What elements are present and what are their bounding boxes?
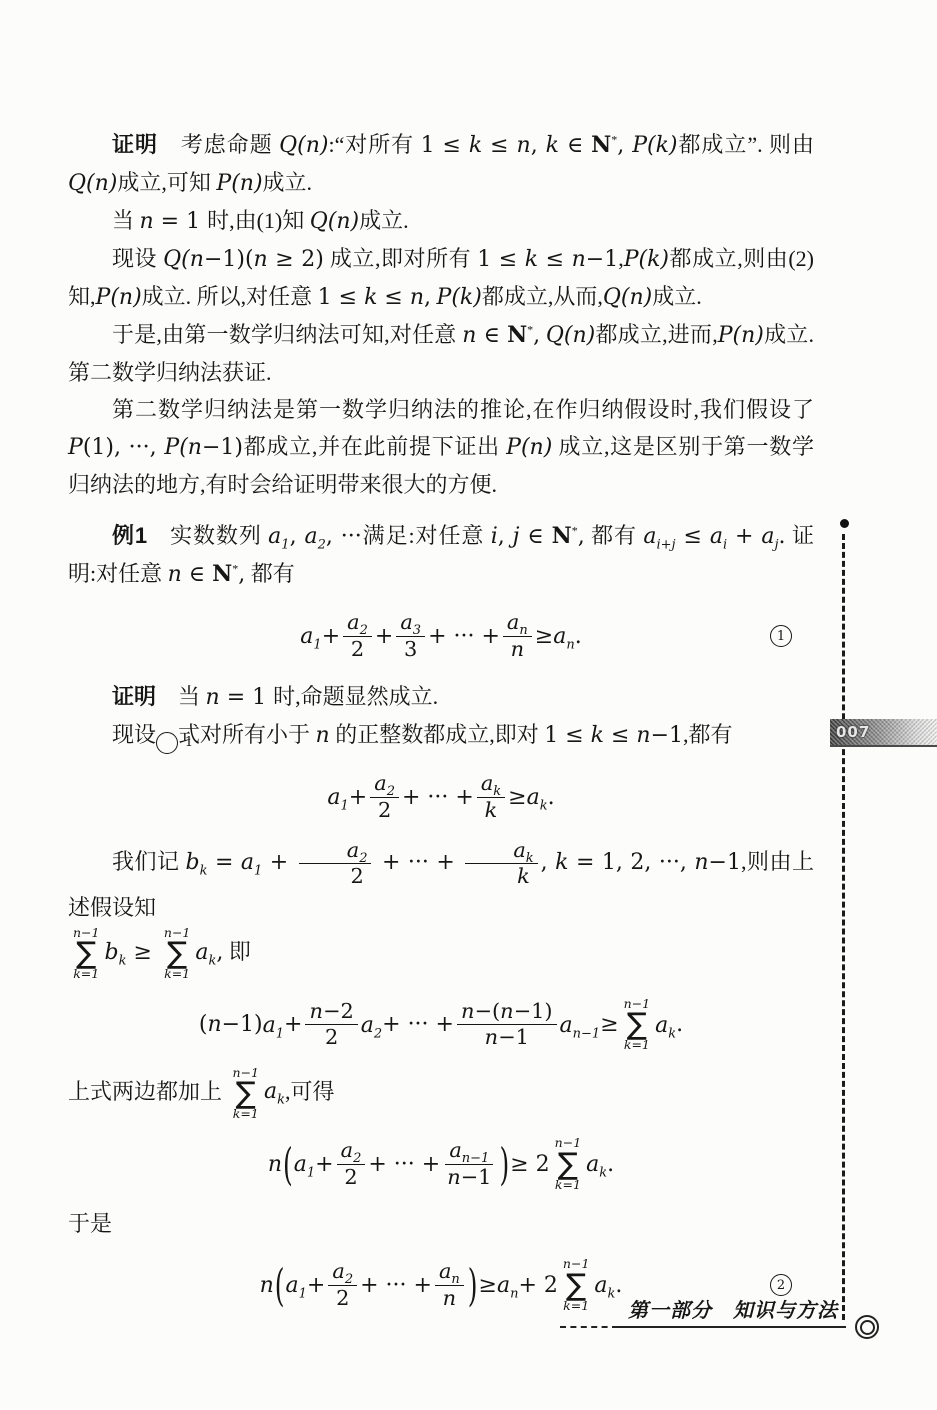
fraction-numerator: ak	[477, 772, 505, 797]
text-run: k	[546, 133, 559, 158]
text-run: 1 ≤	[544, 723, 590, 748]
fraction-denominator: 2	[302, 864, 367, 888]
text-run: P(n)	[506, 435, 552, 460]
fraction-numerator: a2	[337, 1139, 366, 1164]
subscripted-variable: ak	[655, 1012, 676, 1038]
text-run: + ··· +	[368, 1152, 440, 1177]
sum-lower-limit: k=1	[555, 1178, 581, 1192]
text-run: ≤	[676, 524, 710, 549]
fraction-numerator: a2	[328, 1260, 357, 1285]
text-run: 都成立,进而,	[595, 322, 717, 347]
page-number-block: 007	[830, 719, 937, 747]
margin-dashed-line	[842, 534, 845, 1320]
footer-leader-line	[560, 1298, 618, 1328]
text-run: =	[207, 850, 240, 875]
subscripted-variable: a2	[341, 1138, 362, 1162]
text-run: n	[636, 723, 650, 748]
summation: n−1∑k=1	[164, 926, 190, 982]
paragraph: 于是,由第一数学归纳法可知,对任意 n ∈ N*, Q(n)都成立,进而,P(n…	[68, 316, 814, 391]
subscripted-variable: a2	[374, 771, 395, 795]
text-run: ,	[531, 133, 546, 158]
subscripted-variable: aj	[761, 523, 778, 548]
text-run: 上式两边都加上	[68, 1078, 228, 1103]
text-run: k	[485, 798, 498, 822]
sum-lower-limit: k=1	[164, 967, 190, 981]
text-run: ≤	[538, 247, 572, 272]
text-run: + ··· +	[382, 1012, 454, 1037]
text-run: P(n)	[718, 323, 764, 348]
sum-lower-limit: k=1	[624, 1038, 650, 1052]
subscripted-variable: ai	[710, 523, 727, 548]
text-run: ≥ 2	[510, 1152, 549, 1177]
text-run: P(n	[164, 435, 202, 460]
text-run: 我们记	[112, 849, 186, 874]
scanned-book-page: 证明 考虑命题 Q(n):“对所有 1 ≤ k ≤ n, k ∈ N*, P(k…	[0, 0, 937, 1410]
text-run: 当	[156, 684, 206, 709]
text-run: −1	[461, 1165, 492, 1189]
text-run: + ··· +	[374, 850, 462, 875]
subscripted-variable: bk	[186, 849, 208, 874]
fraction-denominator: k	[469, 864, 534, 888]
fraction-denominator: 2	[374, 798, 395, 822]
subscripted-variable: ak	[195, 939, 216, 964]
text-run: ∈	[519, 524, 551, 549]
sigma-symbol: ∑	[76, 940, 96, 967]
text-run: + ··· +	[360, 1273, 432, 1298]
text-run: +	[727, 524, 761, 549]
text-run: 成立.	[652, 284, 702, 309]
text-run: P(k)	[437, 285, 482, 310]
text-run: k	[555, 850, 568, 875]
big-parenthesis: )	[468, 1260, 478, 1311]
text-run: −1	[586, 247, 618, 272]
text-run: = 1, 2, ···,	[569, 850, 695, 875]
subscripted-variable: a1	[241, 849, 262, 874]
formula-body: (n−1)a1 + n−22a2 + ··· + n−(n−1)n−1an−1 …	[199, 997, 683, 1053]
text-run: 成立. 所以,对任意	[142, 284, 318, 309]
fraction-numerator: a2	[299, 839, 372, 864]
equation-number: 1	[770, 625, 792, 647]
text-run: +	[307, 1273, 325, 1298]
text-run: Q(n)	[68, 171, 117, 196]
formula-body: n(a1 + a22 + ··· + an−1n−1) ≥ 2 n−1∑k=1a…	[268, 1136, 614, 1192]
fraction: ann	[503, 611, 532, 661]
big-parenthesis: (	[283, 1139, 293, 1190]
text-run: + ··· +	[402, 785, 474, 810]
page-content: 证明 考虑命题 Q(n):“对所有 1 ≤ k ≤ n, k ∈ N*, P(k…	[68, 126, 814, 1326]
text-run: 3	[404, 637, 417, 661]
sum-lower-limit: k=1	[73, 967, 99, 981]
text-run: + ··· +	[428, 624, 500, 649]
text-run: ,	[578, 524, 585, 549]
subscripted-variable: a2	[347, 610, 368, 634]
formula-body: a1 + a22 + a33 + ··· + ann ≥ an.	[300, 611, 581, 661]
text-run: −1)(	[204, 247, 254, 272]
subscripted-variable: ak	[481, 771, 501, 795]
subscripted-variable: an	[439, 1259, 460, 1283]
text-run: ≤	[377, 285, 409, 310]
text-run: P(n)	[96, 285, 142, 310]
text-run: k	[469, 133, 482, 158]
text-run: 考虑命题	[158, 132, 279, 157]
paragraph: 第二数学归纳法是第一数学归纳法的推论,在作归纳假设时,我们假设了 P(1), ·…	[68, 391, 814, 503]
text-run: ,可得	[285, 1078, 335, 1103]
subscripted-variable: a2	[304, 523, 325, 548]
text-run: 1 ≤	[318, 285, 364, 310]
text-run: −1	[498, 1025, 529, 1049]
text-run: ,	[290, 524, 305, 549]
paragraph: 上式两边都加上 n−1∑k=1ak,可得	[68, 1066, 814, 1122]
text-run: 满足:对任意	[362, 523, 491, 548]
fraction: n−(n−1)n−1	[457, 1000, 557, 1050]
text-run: +	[284, 1012, 302, 1037]
text-run: Q(n)	[546, 323, 595, 348]
text-run: −1	[651, 723, 683, 748]
summation: n−1∑k=1	[555, 1136, 581, 1192]
text-run: +	[315, 1152, 333, 1177]
subscripted-variable: an	[497, 1272, 519, 1298]
fraction-numerator: a2	[370, 772, 399, 797]
fraction-denominator: 2	[332, 1286, 353, 1310]
text-run: i	[491, 524, 498, 549]
text-run: ,	[498, 524, 513, 549]
subscripted-variable: a2	[332, 1259, 353, 1283]
fraction-numerator: an−1	[445, 1139, 493, 1164]
natural-numbers-symbol: N*	[552, 523, 578, 548]
summation: n−1∑k=1	[73, 926, 99, 982]
text-run: Q(n)	[310, 209, 359, 234]
text-run: +	[375, 624, 393, 649]
text-run: .	[548, 785, 555, 810]
paragraph: 证明 考虑命题 Q(n):“对所有 1 ≤ k ≤ n, k ∈ N*, P(k…	[68, 126, 814, 202]
text-run: 第二数学归纳法是第一数学归纳法的推论,在作归纳假设时,我们假设了	[112, 397, 814, 422]
text-run: 2	[344, 1165, 357, 1189]
fraction-denominator: k	[481, 798, 502, 822]
subscripted-variable: a3	[400, 610, 421, 634]
text-run: ,都有	[683, 722, 733, 747]
text-run: −(	[474, 999, 500, 1023]
text-run: 都有	[245, 561, 295, 586]
footer-title: 第一部分 知识与方法	[618, 1294, 846, 1328]
text-run: 2	[336, 1286, 349, 1310]
text-run: ∈	[559, 133, 591, 158]
natural-numbers-symbol: N*	[212, 561, 238, 586]
text-run: = 1	[220, 685, 273, 710]
fraction: a22	[337, 1139, 366, 1189]
text-run: 时,命题显然成立.	[273, 684, 438, 709]
page-number: 007	[830, 723, 870, 741]
fraction: a22	[343, 611, 372, 661]
sigma-symbol: ∑	[627, 1011, 647, 1038]
text-run: Q(n)	[279, 133, 328, 158]
fraction-numerator: an	[435, 1260, 464, 1285]
subscripted-variable: ak	[264, 1078, 285, 1103]
text-run: 时,由(1)知	[207, 208, 310, 233]
fraction-denominator: 3	[400, 637, 421, 661]
fraction-denominator: n	[507, 637, 528, 661]
fraction: n−22	[305, 1000, 357, 1050]
subscripted-variable: bk	[104, 939, 126, 964]
fraction: a22	[328, 1260, 357, 1310]
paragraph: 于是	[68, 1205, 814, 1242]
fraction-numerator: an	[503, 611, 532, 636]
text-run: ≥	[600, 1012, 618, 1037]
fraction-denominator: n	[439, 1286, 460, 1310]
formula-body: a1 + a22 + ··· + akk ≥ ak.	[327, 772, 554, 822]
circled-number: 1	[156, 732, 178, 754]
fraction-numerator: n−(n−1)	[457, 1000, 557, 1025]
text-run: n	[443, 1286, 456, 1310]
text-run: 成立.	[263, 170, 313, 195]
big-parenthesis: (	[275, 1260, 285, 1311]
paragraph: n−1∑k=1bk ≥ n−1∑k=1ak, 即	[68, 926, 814, 982]
footer-ornament-inner-circle	[860, 1320, 875, 1335]
subscripted-variable: an	[507, 610, 528, 634]
text-run: (1), ···,	[83, 435, 165, 460]
text-run: n	[168, 562, 182, 587]
fraction: a22	[299, 839, 372, 889]
fraction-denominator: n−1	[481, 1025, 533, 1049]
text-run: 都成立”. 则由	[678, 132, 814, 157]
text-run: n	[206, 685, 220, 710]
text-run: 成立,可知	[117, 170, 216, 195]
text-run: .	[676, 1012, 683, 1037]
footer-ornament-circle	[855, 1315, 879, 1339]
text-run: ≥	[535, 624, 553, 649]
text-run: k	[364, 285, 377, 310]
text-run: 当	[112, 208, 140, 233]
fraction-numerator: a3	[396, 611, 425, 636]
text-run: n	[140, 209, 154, 234]
text-run: ∈	[182, 562, 212, 587]
page-footer: 第一部分 知识与方法	[560, 1294, 879, 1328]
subscripted-variable: a1	[327, 784, 348, 810]
text-run: .	[779, 524, 786, 549]
summation: n−1∑k=1	[233, 1066, 259, 1122]
text-run: n	[485, 1025, 498, 1049]
text-run: ≥	[126, 940, 158, 965]
text-run: = 1	[154, 209, 207, 234]
fraction-numerator: a2	[343, 611, 372, 636]
text-run: n	[511, 637, 524, 661]
text-run: (	[199, 1012, 208, 1037]
text-run: 的正整数都成立,即对	[330, 722, 545, 747]
paragraph: 现设1式对所有小于 n 的正整数都成立,即对 1 ≤ k ≤ n−1,都有	[68, 716, 814, 754]
text-run: 现设	[112, 246, 163, 271]
summation: n−1∑k=1	[624, 997, 650, 1053]
paragraph: 证明 当 n = 1 时,命题显然成立.	[68, 678, 814, 716]
text-run: 2	[350, 864, 363, 888]
subscripted-variable: an−1	[560, 1012, 601, 1038]
text-run: 于是	[68, 1211, 112, 1236]
bold-label: 证明	[112, 684, 156, 709]
paragraph: 例1 实数数列 a1, a2, ···满足:对任意 i, j ∈ N*, 都有 …	[68, 517, 814, 593]
subscripted-variable: ak	[513, 838, 533, 862]
subscripted-variable: ak	[527, 784, 548, 810]
text-run: ,	[617, 133, 632, 158]
text-run: n	[207, 1012, 221, 1037]
text-run: n	[694, 850, 708, 875]
subscripted-variable: an	[553, 623, 575, 649]
text-run: −1)	[202, 435, 243, 460]
text-run: :“对所有	[328, 132, 420, 157]
text-run: Q(n	[163, 247, 204, 272]
text-run: 于是,由第一数学归纳法可知,对任意	[112, 322, 462, 347]
fraction: akk	[477, 772, 505, 822]
text-run: k	[525, 247, 538, 272]
text-run: −1)	[222, 1012, 263, 1037]
text-run: −2	[323, 999, 354, 1023]
text-run: ≥ 2)	[268, 247, 324, 272]
subscripted-variable: a1	[286, 1272, 307, 1298]
sum-lower-limit: k=1	[233, 1107, 259, 1121]
subscripted-variable: ai+j	[643, 523, 675, 548]
fraction-denominator: n−1	[443, 1165, 495, 1189]
text-run: n	[410, 285, 424, 310]
paragraph: 我们记 bk = a1 + a22 + ··· + akk, k = 1, 2,…	[68, 839, 814, 926]
subscripted-variable: a2	[347, 838, 368, 862]
fraction-denominator: 2	[321, 1025, 342, 1049]
fraction: akk	[465, 839, 537, 889]
text-run: n	[254, 247, 268, 272]
fraction: ann	[435, 1260, 464, 1310]
text-run: n	[260, 1273, 274, 1298]
text-run: 式对所有小于	[178, 722, 316, 747]
text-run: n	[309, 999, 322, 1023]
text-run: P(k)	[624, 247, 669, 272]
text-run: n	[461, 999, 474, 1023]
fraction: a22	[370, 772, 399, 822]
text-run: 成立.	[359, 208, 409, 233]
fraction-denominator: 2	[347, 637, 368, 661]
subscripted-variable: a1	[268, 523, 289, 548]
text-run: 都有	[585, 523, 644, 548]
text-run: n	[500, 999, 513, 1023]
text-run: 1 ≤	[421, 133, 469, 158]
subscripted-variable: a1	[300, 623, 321, 649]
text-run: 2	[351, 637, 364, 661]
text-run: n	[447, 1165, 460, 1189]
text-run: .	[607, 1152, 614, 1177]
equation-number: 2	[770, 1274, 792, 1296]
text-run: k	[591, 723, 604, 748]
fraction: an−1n−1	[443, 1139, 495, 1189]
text-run: ≤	[482, 133, 516, 158]
text-run: Q(n)	[603, 285, 652, 310]
text-run: n	[517, 133, 531, 158]
display-formula: n(a1 + a22 + ··· + an−1n−1) ≥ 2 n−1∑k=1a…	[68, 1136, 814, 1192]
text-run: 1 ≤	[477, 247, 525, 272]
fraction-denominator: 2	[340, 1165, 361, 1189]
fraction-numerator: ak	[465, 839, 537, 864]
subscripted-variable: a1	[294, 1151, 315, 1177]
text-run: 2	[325, 1025, 338, 1049]
text-run: 即	[223, 939, 251, 964]
text-run: ∈	[476, 323, 507, 348]
text-run: n	[572, 247, 586, 272]
text-run: n	[316, 723, 330, 748]
display-formula: a1 + a22 + a33 + ··· + ann ≥ an.1	[68, 608, 814, 664]
big-parenthesis: )	[499, 1139, 509, 1190]
text-run: n	[268, 1152, 282, 1177]
subscripted-variable: ak	[586, 1151, 607, 1177]
text-run: +	[262, 850, 295, 875]
subscripted-variable: a1	[263, 1012, 284, 1038]
text-run: P	[68, 435, 83, 460]
fraction: a33	[396, 611, 425, 661]
text-run: ≥	[508, 785, 526, 810]
text-run: +	[349, 785, 367, 810]
sigma-symbol: ∑	[167, 940, 187, 967]
natural-numbers-symbol: N*	[591, 132, 617, 157]
text-run: +	[322, 624, 340, 649]
text-run: 都成立,从而,	[482, 284, 603, 309]
text-run: P(n)	[216, 171, 262, 196]
margin-dot	[840, 519, 849, 528]
display-formula: a1 + a22 + ··· + akk ≥ ak.	[68, 769, 814, 825]
text-run: ,	[424, 285, 431, 310]
text-run: k	[517, 864, 530, 888]
text-run: 2	[378, 798, 391, 822]
paragraph: 现设 Q(n−1)(n ≥ 2) 成立,即对所有 1 ≤ k ≤ n−1,P(k…	[68, 240, 814, 316]
paragraph: 当 n = 1 时,由(1)知 Q(n)成立.	[68, 202, 814, 240]
text-run: ≤	[604, 723, 636, 748]
text-run: + 2	[518, 1273, 557, 1298]
text-run: .	[575, 624, 582, 649]
text-run: −1	[709, 850, 741, 875]
text-run: n	[462, 323, 476, 348]
display-formula: (n−1)a1 + n−22a2 + ··· + n−(n−1)n−1an−1 …	[68, 997, 814, 1053]
text-run: , ···	[326, 524, 362, 549]
text-run: 实数数列	[147, 523, 268, 548]
bold-label: 证明	[112, 132, 158, 157]
text-run: ,	[541, 850, 556, 875]
natural-numbers-symbol: N*	[507, 322, 533, 347]
sigma-symbol: ∑	[558, 1151, 578, 1178]
text-run: P(k)	[632, 133, 677, 158]
text-run: 成立,即对所有	[324, 246, 477, 271]
text-run: 都成立,并在此前提下证出	[243, 434, 506, 459]
sigma-symbol: ∑	[236, 1080, 256, 1107]
bold-label: 例1	[112, 523, 147, 548]
text-run: ≥	[479, 1273, 497, 1298]
text-run: −1)	[514, 999, 553, 1023]
subscripted-variable: an−1	[449, 1138, 489, 1162]
fraction-numerator: n−2	[305, 1000, 357, 1025]
subscripted-variable: a2	[361, 1012, 382, 1038]
